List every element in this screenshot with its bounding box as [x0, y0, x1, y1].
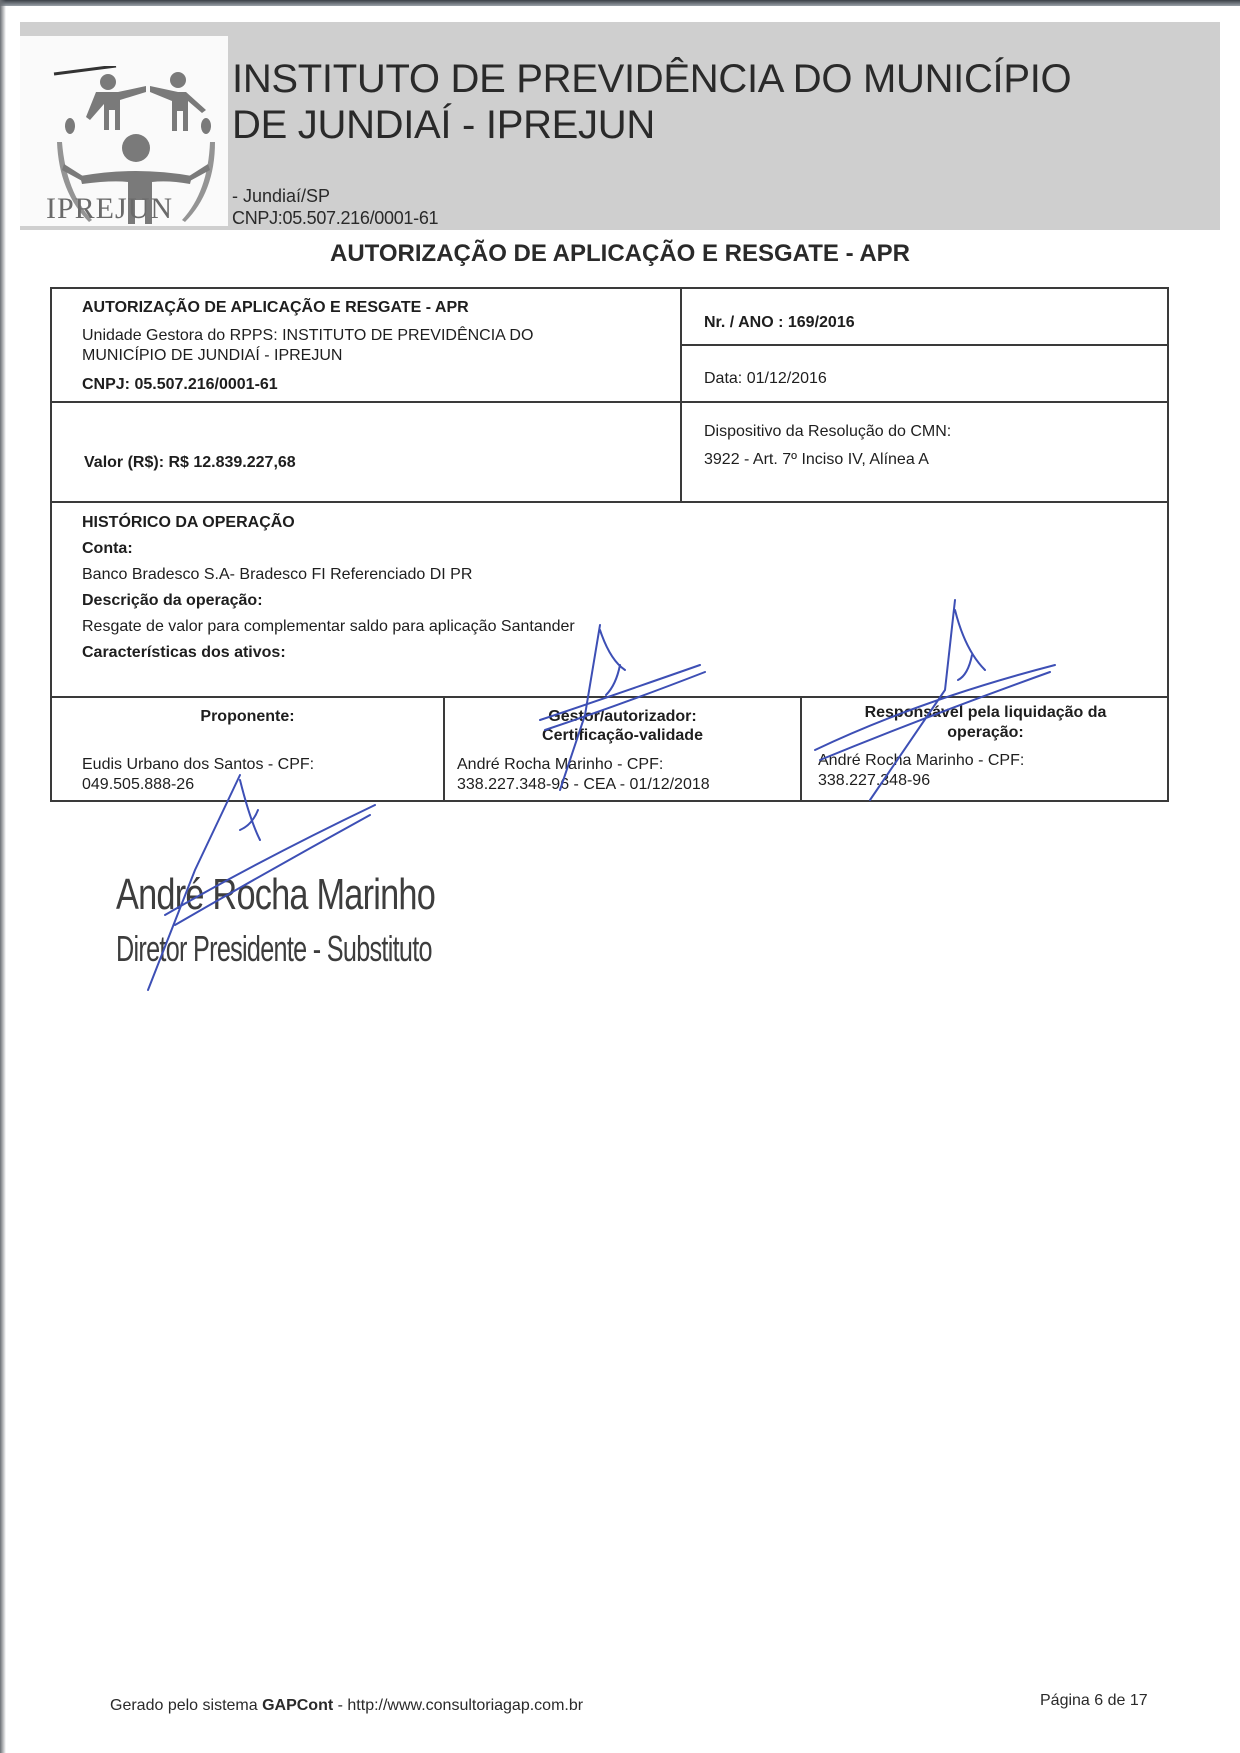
footer-generated-by: Gerado pelo sistema GAPCont - http://www… [110, 1697, 583, 1715]
page-number: Página 6 de 17 [1040, 1692, 1148, 1710]
footer-system-name: GAPCont [262, 1697, 333, 1714]
footer-prefix: Gerado pelo sistema [110, 1697, 262, 1714]
handwritten-signatures-icon [0, 0, 1240, 1000]
footer-url[interactable]: - http://www.consultoriagap.com.br [333, 1697, 583, 1714]
